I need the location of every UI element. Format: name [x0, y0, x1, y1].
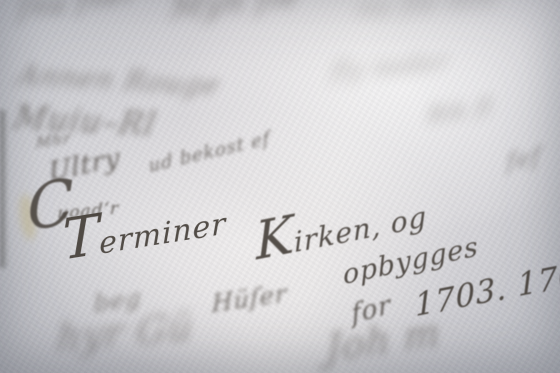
page-edge-shadow	[0, 110, 8, 268]
illegible-script: Rik fl	[428, 95, 492, 129]
illegible-script: Joh m	[326, 310, 441, 371]
illegible-script: Muiu–Rl	[11, 98, 160, 143]
word-terminer: Terminer	[62, 182, 227, 274]
illegible-script: nu fle mm	[356, 0, 499, 24]
illegible-script: Myn fle	[171, 0, 301, 26]
illegible-script: Mhr	[36, 129, 71, 152]
diagonal-script-line: ud bekost ef	[148, 128, 271, 177]
illegible-script: fly neder	[331, 48, 449, 86]
manuscript-photo: ſnu fner Myn fle nu fle mm Annen Rouge M…	[0, 0, 560, 373]
illegible-script: ſnu fner	[18, 0, 139, 25]
illegible-script: fef	[506, 142, 541, 176]
word-huser: Hüſer	[212, 279, 287, 318]
illegible-script: Annen Rouge	[16, 58, 223, 101]
